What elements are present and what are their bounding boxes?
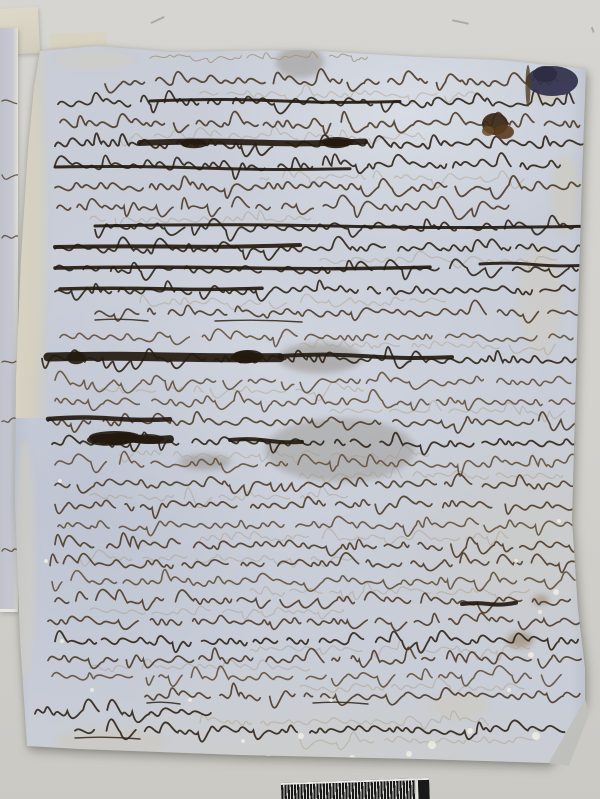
paper-fleck [188, 698, 192, 702]
photo-backdrop [0, 0, 600, 799]
paper-fleck [349, 755, 355, 761]
paper-fleck [241, 739, 245, 743]
paper-fleck [58, 479, 62, 483]
paper-fleck [467, 728, 473, 734]
paper-fleck [557, 519, 561, 523]
paper-fleck [514, 559, 518, 563]
paper-fleck [329, 698, 333, 702]
handwriting-layer [0, 0, 600, 799]
paper-fleck [406, 751, 412, 757]
paper-fleck [44, 559, 48, 563]
paper-fleck [298, 733, 304, 739]
manuscript-sheet [0, 0, 600, 799]
paper-fleck [553, 589, 559, 595]
manuscript-sheet-wrap [0, 0, 600, 799]
paper-fleck [507, 688, 511, 692]
scale-bar-ticks [281, 780, 416, 799]
scale-bar-cap [418, 780, 430, 799]
paper-fleck [428, 741, 436, 749]
paper-fleck [90, 688, 94, 692]
paper-fleck [528, 652, 534, 658]
paper-fleck [538, 610, 542, 614]
paper-fleck [532, 732, 540, 740]
paper-fleck [266, 755, 270, 759]
paper-fleck [60, 639, 64, 643]
